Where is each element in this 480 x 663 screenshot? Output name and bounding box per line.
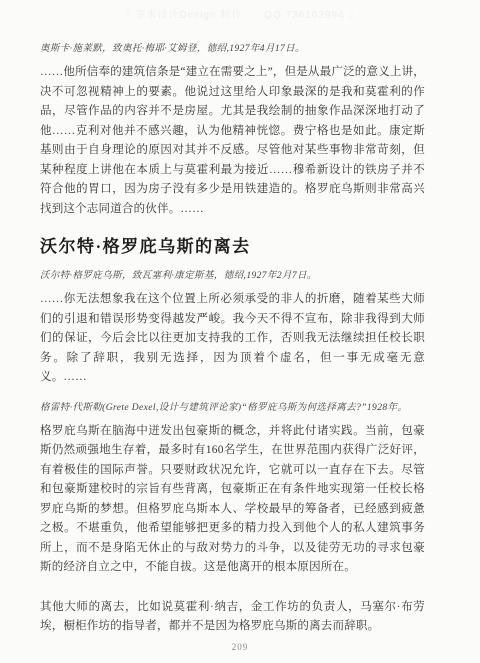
section-heading-gropius-departure: 沃尔特·格罗庇乌斯的离去 bbox=[40, 235, 425, 259]
book-page: 『 享本设计Design 制作 QQ 736103994 』 奥斯卡·施莱默，致… bbox=[0, 0, 480, 663]
watermark-text: 『 享本设计Design 制作 QQ 736103994 』 bbox=[0, 6, 480, 21]
citation-schlemmer-letter: 奥斯卡·施莱默，致奥托·梅耶·艾姆登，德绍,1927年4月17日。 bbox=[40, 42, 425, 56]
citation-gropius-letter: 沃尔特·格罗庇乌斯，致瓦塞利·康定斯基，德绍,1927年2月7日。 bbox=[40, 269, 425, 283]
paragraph-bauhaus-situation: 格罗庇乌斯在脑海中迸发出包豪斯的概念，并将此付诸实践。当前，包豪斯仍然顽强地生存… bbox=[40, 422, 425, 578]
paragraph-gropius-quote: ……你无法想象我在这个位置上所必须承受的非人的折磨，随着某些大师们的引退和错误形… bbox=[40, 290, 425, 388]
citation-dexel-essay: 格雷特·代斯勒(Grete Dexel,设计与建筑评论家)“格罗庇乌斯为何选择离… bbox=[40, 401, 425, 415]
paragraph-other-masters: 其他大师的离去，比如说莫霍利·纳吉，金工作坊的负责人，马塞尔·布劳埃，橱柜作坊的… bbox=[40, 598, 425, 637]
page-number: 209 bbox=[0, 642, 480, 652]
paragraph-schlemmer-quote: ……他所信奉的建筑信条是“建立在需要之上”，但是从最广泛的意义上讲，决不可忽视精… bbox=[40, 63, 425, 219]
